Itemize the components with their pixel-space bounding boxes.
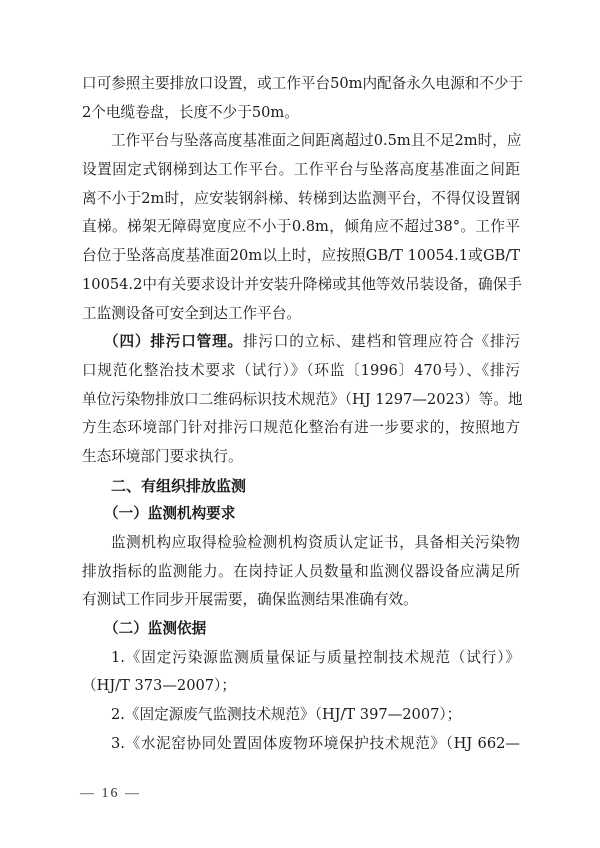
paragraph-line: 2个电缆卷盘，长度不少于50m。 <box>82 99 520 128</box>
page-number: — 16 — <box>80 786 141 802</box>
paragraph-line: 工作平台与坠落高度基准面之间距离超过0.5m且不足2m时，应 <box>82 127 520 156</box>
paragraph-line: 监测机构应取得检验检测机构资质认定证书，具备相关污染物 <box>82 529 520 558</box>
paragraph-line: 单位污染物排放口二维码标识技术规范》（HJ 1297—2023）等。地 <box>82 386 520 415</box>
paragraph-line: 口规范化整治技术要求（试行）》（环监〔1996〕470号）、《排污 <box>82 357 520 386</box>
paragraph-line: 排放指标的监测能力。在岗持证人员数量和监测仪器设备应满足所 <box>82 558 520 587</box>
reference-item: 3.《水泥窑协同处置固体废物环境保护技术规范》（HJ 662— <box>82 730 520 759</box>
paragraph-line: 设置固定式钢梯到达工作平台。工作平台与坠落高度基准面之间距 <box>82 156 520 185</box>
paragraph-line: （四）排污口管理。排污口的立标、建档和管理应符合《排污 <box>82 328 520 357</box>
paragraph-line: 离不小于2m时，应安装钢斜梯、转梯到达监测平台，不得仅设置钢 <box>82 185 520 214</box>
paragraph-line: 10054.2中有关要求设计并安装升降梯或其他等效吊装设备，确保手 <box>82 271 520 300</box>
reference-item: 1.《固定污染源监测质量保证与质量控制技术规范（试行）》 <box>82 644 520 673</box>
paragraph-line: 台位于坠落高度基准面20m以上时，应按照GB/T 10054.1或GB/T <box>82 242 520 271</box>
paragraph-line: 有测试工作同步开展需要，确保监测结果准确有效。 <box>82 586 520 615</box>
paragraph-lead-heading: （四）排污口管理。 <box>104 333 243 350</box>
document-page: 口可参照主要排放口设置，或工作平台50m内配备永久电源和不少于 2个电缆卷盘，长… <box>82 70 520 759</box>
subsection-heading: （二）监测依据 <box>82 615 520 644</box>
paragraph-line: 方生态环境部门针对排污口规范化整治有进一步要求的，按照地方 <box>82 414 520 443</box>
section-heading: 二、有组织排放监测 <box>82 472 520 501</box>
subsection-heading: （一）监测机构要求 <box>82 500 520 529</box>
paragraph-line: 生态环境部门要求执行。 <box>82 443 520 472</box>
paragraph-line: 直梯。梯架无障碍宽度应不小于0.8m，倾角应不超过38°。工作平 <box>82 213 520 242</box>
reference-item: 2.《固定源废气监测技术规范》（HJ/T 397—2007）； <box>82 701 520 730</box>
reference-item-continuation: （HJ/T 373—2007）； <box>82 672 520 701</box>
paragraph-text: 排污口的立标、建档和管理应符合《排污 <box>243 333 520 350</box>
paragraph-line: 口可参照主要排放口设置，或工作平台50m内配备永久电源和不少于 <box>82 70 520 99</box>
paragraph-line: 工监测设备可安全到达工作平台。 <box>82 300 520 329</box>
